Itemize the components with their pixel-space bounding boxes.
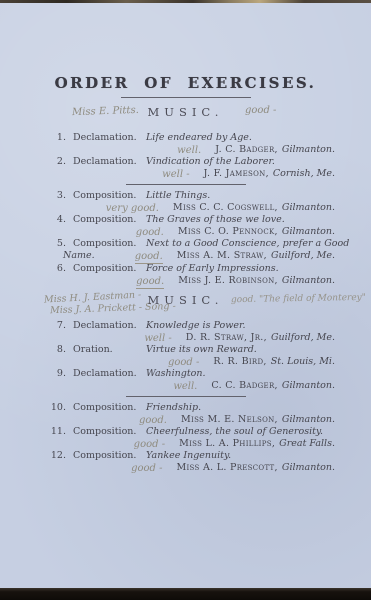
performer-name: Miss A. L. Prescott, bbox=[176, 462, 277, 474]
item-title-line: 7. Declamation. Knowledge is Power. bbox=[0, 320, 371, 332]
performer-name: Miss L. A. Phillips, bbox=[179, 438, 275, 450]
item-number: 10. bbox=[40, 402, 66, 414]
program-list: 1. Declamation. Life endeared by Age. we… bbox=[0, 132, 371, 474]
performer-name: Miss C. C. Cogswell, bbox=[173, 202, 278, 214]
program-items-first-half: 1. Declamation. Life endeared by Age. we… bbox=[0, 132, 371, 288]
item-number: 8. bbox=[40, 344, 66, 356]
item-piece-title: Vindication of the Laborer. bbox=[146, 156, 275, 168]
program-item: 5. Composition. Next to a Good Conscienc… bbox=[0, 238, 371, 263]
item-number: 12. bbox=[40, 450, 66, 462]
item-category: Composition. bbox=[73, 190, 146, 202]
performer-name: Miss A. M. Straw, bbox=[177, 250, 267, 262]
item-piece-title: Knowledge is Power. bbox=[146, 320, 245, 332]
program-item: 6. Composition. Force of Early Impressio… bbox=[0, 263, 371, 288]
item-title-line: 10. Composition. Friendship. bbox=[0, 402, 371, 414]
item-piece-title: The Graves of those we love. bbox=[146, 214, 285, 226]
item-number: 2. bbox=[40, 156, 66, 168]
item-category: Composition. bbox=[73, 238, 146, 250]
handwritten-grade: well. bbox=[177, 145, 201, 157]
item-credit-line: good. Miss M. E. Nelson, Gilmanton. bbox=[0, 414, 371, 426]
program-item: 1. Declamation. Life endeared by Age. we… bbox=[0, 132, 371, 156]
handwritten-grade: well - bbox=[162, 169, 189, 181]
item-title-line: 6. Composition. Force of Early Impressio… bbox=[0, 263, 371, 275]
item-category: Oration. bbox=[73, 344, 146, 356]
item-title-line: 5. Composition. Next to a Good Conscienc… bbox=[0, 238, 371, 250]
item-title-line: 4. Composition. The Graves of those we l… bbox=[0, 214, 371, 226]
item-category: Declamation. bbox=[73, 132, 146, 144]
item-title-continuation: Name. bbox=[63, 250, 95, 262]
performer-place: Cornish, Me. bbox=[273, 168, 335, 180]
performer-name: Miss M. E. Nelson, bbox=[181, 414, 278, 426]
handwritten-grade: good - bbox=[131, 463, 162, 475]
item-category: Composition. bbox=[73, 450, 146, 462]
performer-name: C. C. Badger, bbox=[211, 380, 277, 392]
item-credit-line: well. J. C. Badger, Gilmanton. bbox=[0, 144, 371, 156]
program-item: 11. Composition. Cheerfulness, the soul … bbox=[0, 426, 371, 450]
performer-place: Gilmanton. bbox=[282, 462, 335, 474]
item-category: Composition. bbox=[73, 214, 146, 226]
section-rule bbox=[126, 184, 246, 185]
music-heading: MUSIC. bbox=[0, 105, 371, 119]
item-number: 3. bbox=[40, 190, 66, 202]
program-item: 3. Composition. Little Things. very good… bbox=[0, 190, 371, 214]
performer-name: Miss C. O. Pennock, bbox=[178, 226, 278, 238]
handwritten-grade: very good. bbox=[106, 203, 159, 215]
performer-place: Gilmanton. bbox=[282, 202, 335, 214]
performer-place: Gilmanton. bbox=[282, 414, 335, 426]
item-credit-line: good. Miss J. E. Robinson, Gilmanton. bbox=[0, 275, 371, 288]
item-title-line: 12. Composition. Yankee Ingenuity. bbox=[0, 450, 371, 462]
handwritten-grade-note: good - bbox=[245, 105, 276, 116]
music-section-top: Miss E. Pitts. MUSIC. good - bbox=[0, 105, 371, 121]
item-title-line: 9. Declamation. Washington. bbox=[0, 368, 371, 380]
item-number: 6. bbox=[40, 263, 66, 275]
item-credit-line: very good. Miss C. C. Cogswell, Gilmanto… bbox=[0, 202, 371, 214]
program-item: 9. Declamation. Washington. well. C. C. … bbox=[0, 368, 371, 392]
item-number: 4. bbox=[40, 214, 66, 226]
item-category: Composition. bbox=[73, 402, 146, 414]
scanned-program-page: ORDER OF EXERCISES. Miss E. Pitts. MUSIC… bbox=[0, 0, 371, 600]
item-credit-line: Name. good. Miss A. M. Straw, Guilford, … bbox=[0, 250, 371, 263]
performer-place: Guilford, Me. bbox=[271, 250, 335, 262]
handwritten-performer-note: Miss E. Pitts. bbox=[72, 105, 139, 118]
item-piece-title: Virtue its own Reward. bbox=[146, 344, 257, 356]
performer-place: Guilford, Me. bbox=[271, 332, 335, 344]
item-title-line: 1. Declamation. Life endeared by Age. bbox=[0, 132, 371, 144]
handwritten-grade: good. bbox=[139, 415, 167, 427]
performer-place: Gilmanton. bbox=[282, 144, 335, 156]
page-title: ORDER OF EXERCISES. bbox=[0, 74, 371, 92]
item-credit-line: well. C. C. Badger, Gilmanton. bbox=[0, 380, 371, 392]
item-credit-line: good - Miss L. A. Phillips, Great Falls. bbox=[0, 438, 371, 450]
item-piece-title: Washington. bbox=[146, 368, 206, 380]
item-piece-title: Friendship. bbox=[146, 402, 201, 414]
handwritten-song-note: good. "The field of Monterey" bbox=[231, 292, 366, 306]
item-category: Declamation. bbox=[73, 156, 146, 168]
item-credit-line: good - R. R. Bird, St. Louis, Mi. bbox=[0, 356, 371, 368]
program-item: 12. Composition. Yankee Ingenuity. good … bbox=[0, 450, 371, 474]
item-credit-line: good - Miss A. L. Prescott, Gilmanton. bbox=[0, 462, 371, 474]
program-items-second-half: 7. Declamation. Knowledge is Power. well… bbox=[0, 320, 371, 474]
item-title-line: 2. Declamation. Vindication of the Labor… bbox=[0, 156, 371, 168]
section-rule bbox=[126, 396, 246, 397]
handwritten-grade: well. bbox=[173, 381, 197, 393]
item-title-line: 8. Oration. Virtue its own Reward. bbox=[0, 344, 371, 356]
music-section-middle: Miss H. J. Eastman - Miss J. A. Prickett… bbox=[0, 292, 371, 317]
item-number: 5. bbox=[40, 238, 66, 250]
item-number: 11. bbox=[40, 426, 66, 438]
item-piece-title: Little Things. bbox=[146, 190, 210, 202]
photo-top-edge bbox=[0, 0, 371, 3]
title-rule bbox=[121, 97, 251, 98]
item-piece-title: Next to a Good Conscience, prefer a Good bbox=[146, 238, 349, 250]
item-title-line: 11. Composition. Cheerfulness, the soul … bbox=[0, 426, 371, 438]
handwritten-grade: good - bbox=[168, 357, 199, 369]
performer-place: Great Falls. bbox=[279, 438, 335, 450]
item-credit-line: well - D. R. Straw, Jr., Guilford, Me. bbox=[0, 332, 371, 344]
performer-name: J. F. Jameson, bbox=[204, 168, 269, 180]
item-piece-title: Life endeared by Age. bbox=[146, 132, 252, 144]
program-item: 2. Declamation. Vindication of the Labor… bbox=[0, 156, 371, 180]
program-item: 7. Declamation. Knowledge is Power. well… bbox=[0, 320, 371, 344]
photo-bottom-edge bbox=[0, 588, 371, 600]
item-category: Composition. bbox=[73, 263, 146, 275]
item-credit-line: well - J. F. Jameson, Cornish, Me. bbox=[0, 168, 371, 180]
item-piece-title: Cheerfulness, the soul of Generosity. bbox=[146, 426, 323, 438]
item-piece-title: Force of Early Impressions. bbox=[146, 263, 279, 275]
item-category: Composition. bbox=[73, 426, 146, 438]
program-item: 4. Composition. The Graves of those we l… bbox=[0, 214, 371, 238]
handwritten-grade: good. bbox=[135, 251, 163, 264]
performer-place: Gilmanton. bbox=[282, 380, 335, 392]
handwritten-grade: good. bbox=[136, 276, 164, 289]
item-category: Declamation. bbox=[73, 320, 146, 332]
program-item: 10. Composition. Friendship. good. Miss … bbox=[0, 402, 371, 426]
program-item: 8. Oration. Virtue its own Reward. good … bbox=[0, 344, 371, 368]
performer-name: Miss J. E. Robinson, bbox=[178, 275, 278, 287]
handwritten-grade: good. bbox=[136, 227, 164, 239]
item-credit-line: good. Miss C. O. Pennock, Gilmanton. bbox=[0, 226, 371, 238]
performer-place: St. Louis, Mi. bbox=[271, 356, 335, 368]
item-number: 1. bbox=[40, 132, 66, 144]
item-number: 7. bbox=[40, 320, 66, 332]
performer-name: J. C. Badger, bbox=[215, 144, 278, 156]
handwritten-grade: well - bbox=[144, 333, 171, 345]
item-category: Declamation. bbox=[73, 368, 146, 380]
item-title-line: 3. Composition. Little Things. bbox=[0, 190, 371, 202]
item-number: 9. bbox=[40, 368, 66, 380]
performer-name: R. R. Bird, bbox=[213, 356, 266, 368]
performer-name: D. R. Straw, Jr., bbox=[186, 332, 267, 344]
handwritten-grade: good - bbox=[134, 439, 165, 451]
performer-place: Gilmanton. bbox=[282, 275, 335, 287]
performer-place: Gilmanton. bbox=[282, 226, 335, 238]
item-piece-title: Yankee Ingenuity. bbox=[146, 450, 231, 462]
